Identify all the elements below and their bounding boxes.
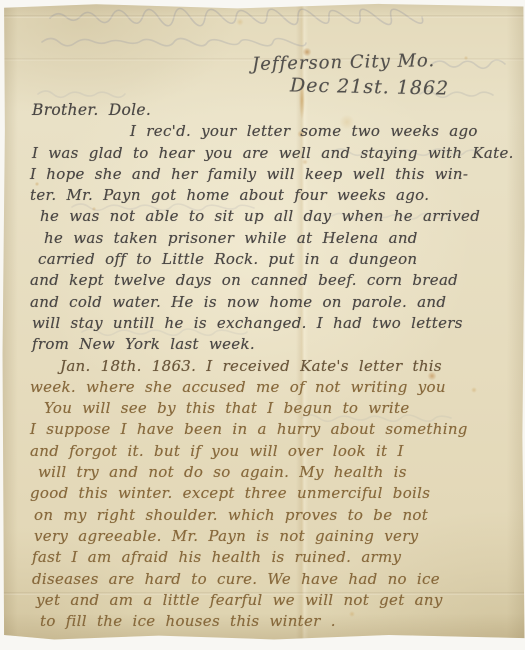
letter-line: I hope she and her family will keep well… [30,164,521,185]
letter-line: and kept twelve days on canned beef. cor… [30,270,521,291]
letter-line: ter. Mr. Payn got home about four weeks … [30,185,521,206]
letter-line: very agreeable. Mr. Payn is not gaining … [30,526,521,547]
letter-body: Brother. Dole. I rec'd. your letter some… [2,100,525,632]
letter-line: Jan. 18th. 1863. I received Kate's lette… [30,356,521,377]
letter-scan: Jefferson City Mo. Dec 21st. 1862 Brothe… [0,0,525,650]
letter-line: will try and not do so again. My health … [30,462,521,483]
letter-line: fast I am afraid his health is ruined. a… [30,547,521,568]
letter-line: from New York last week. [30,334,521,355]
letter-line: on my right shoulder. which proves to be… [30,505,521,526]
salutation: Brother. Dole. [30,100,521,121]
letter-line: I was glad to hear you are well and stay… [30,143,521,164]
letter-line: he was not able to sit up all day when h… [30,206,521,227]
letter-line: week. where she accused me of not writin… [30,377,521,398]
letter-line: I suppose I have been in a hurry about s… [30,419,521,440]
letter-line: will stay untill he is exchanged. I had … [30,313,521,334]
letter-line: You will see by this that I begun to wri… [30,398,521,419]
letter-paper: Jefferson City Mo. Dec 21st. 1862 Brothe… [2,2,525,642]
letter-line: to fill the ice houses this winter . [30,611,521,632]
dateline-place: Jefferson City Mo. [252,50,436,75]
letter-line: and cold water. He is now home on parole… [30,292,521,313]
fold-crease-top [2,15,525,18]
letter-line: good this winter. except three unmercifu… [30,483,521,504]
letter-line: diseases are hard to cure. We have had n… [30,569,521,590]
letter-line: carried off to Little Rock. put in a dun… [30,249,521,270]
letter-line: he was taken prisoner while at Helena an… [30,228,521,249]
letter-line: I rec'd. your letter some two weeks ago [30,121,521,142]
letter-line: yet and am a little fearful we will not … [30,590,521,611]
dateline-date: Dec 21st. 1862 [290,74,450,99]
letter-line: and forgot it. but if you will over look… [30,441,521,462]
